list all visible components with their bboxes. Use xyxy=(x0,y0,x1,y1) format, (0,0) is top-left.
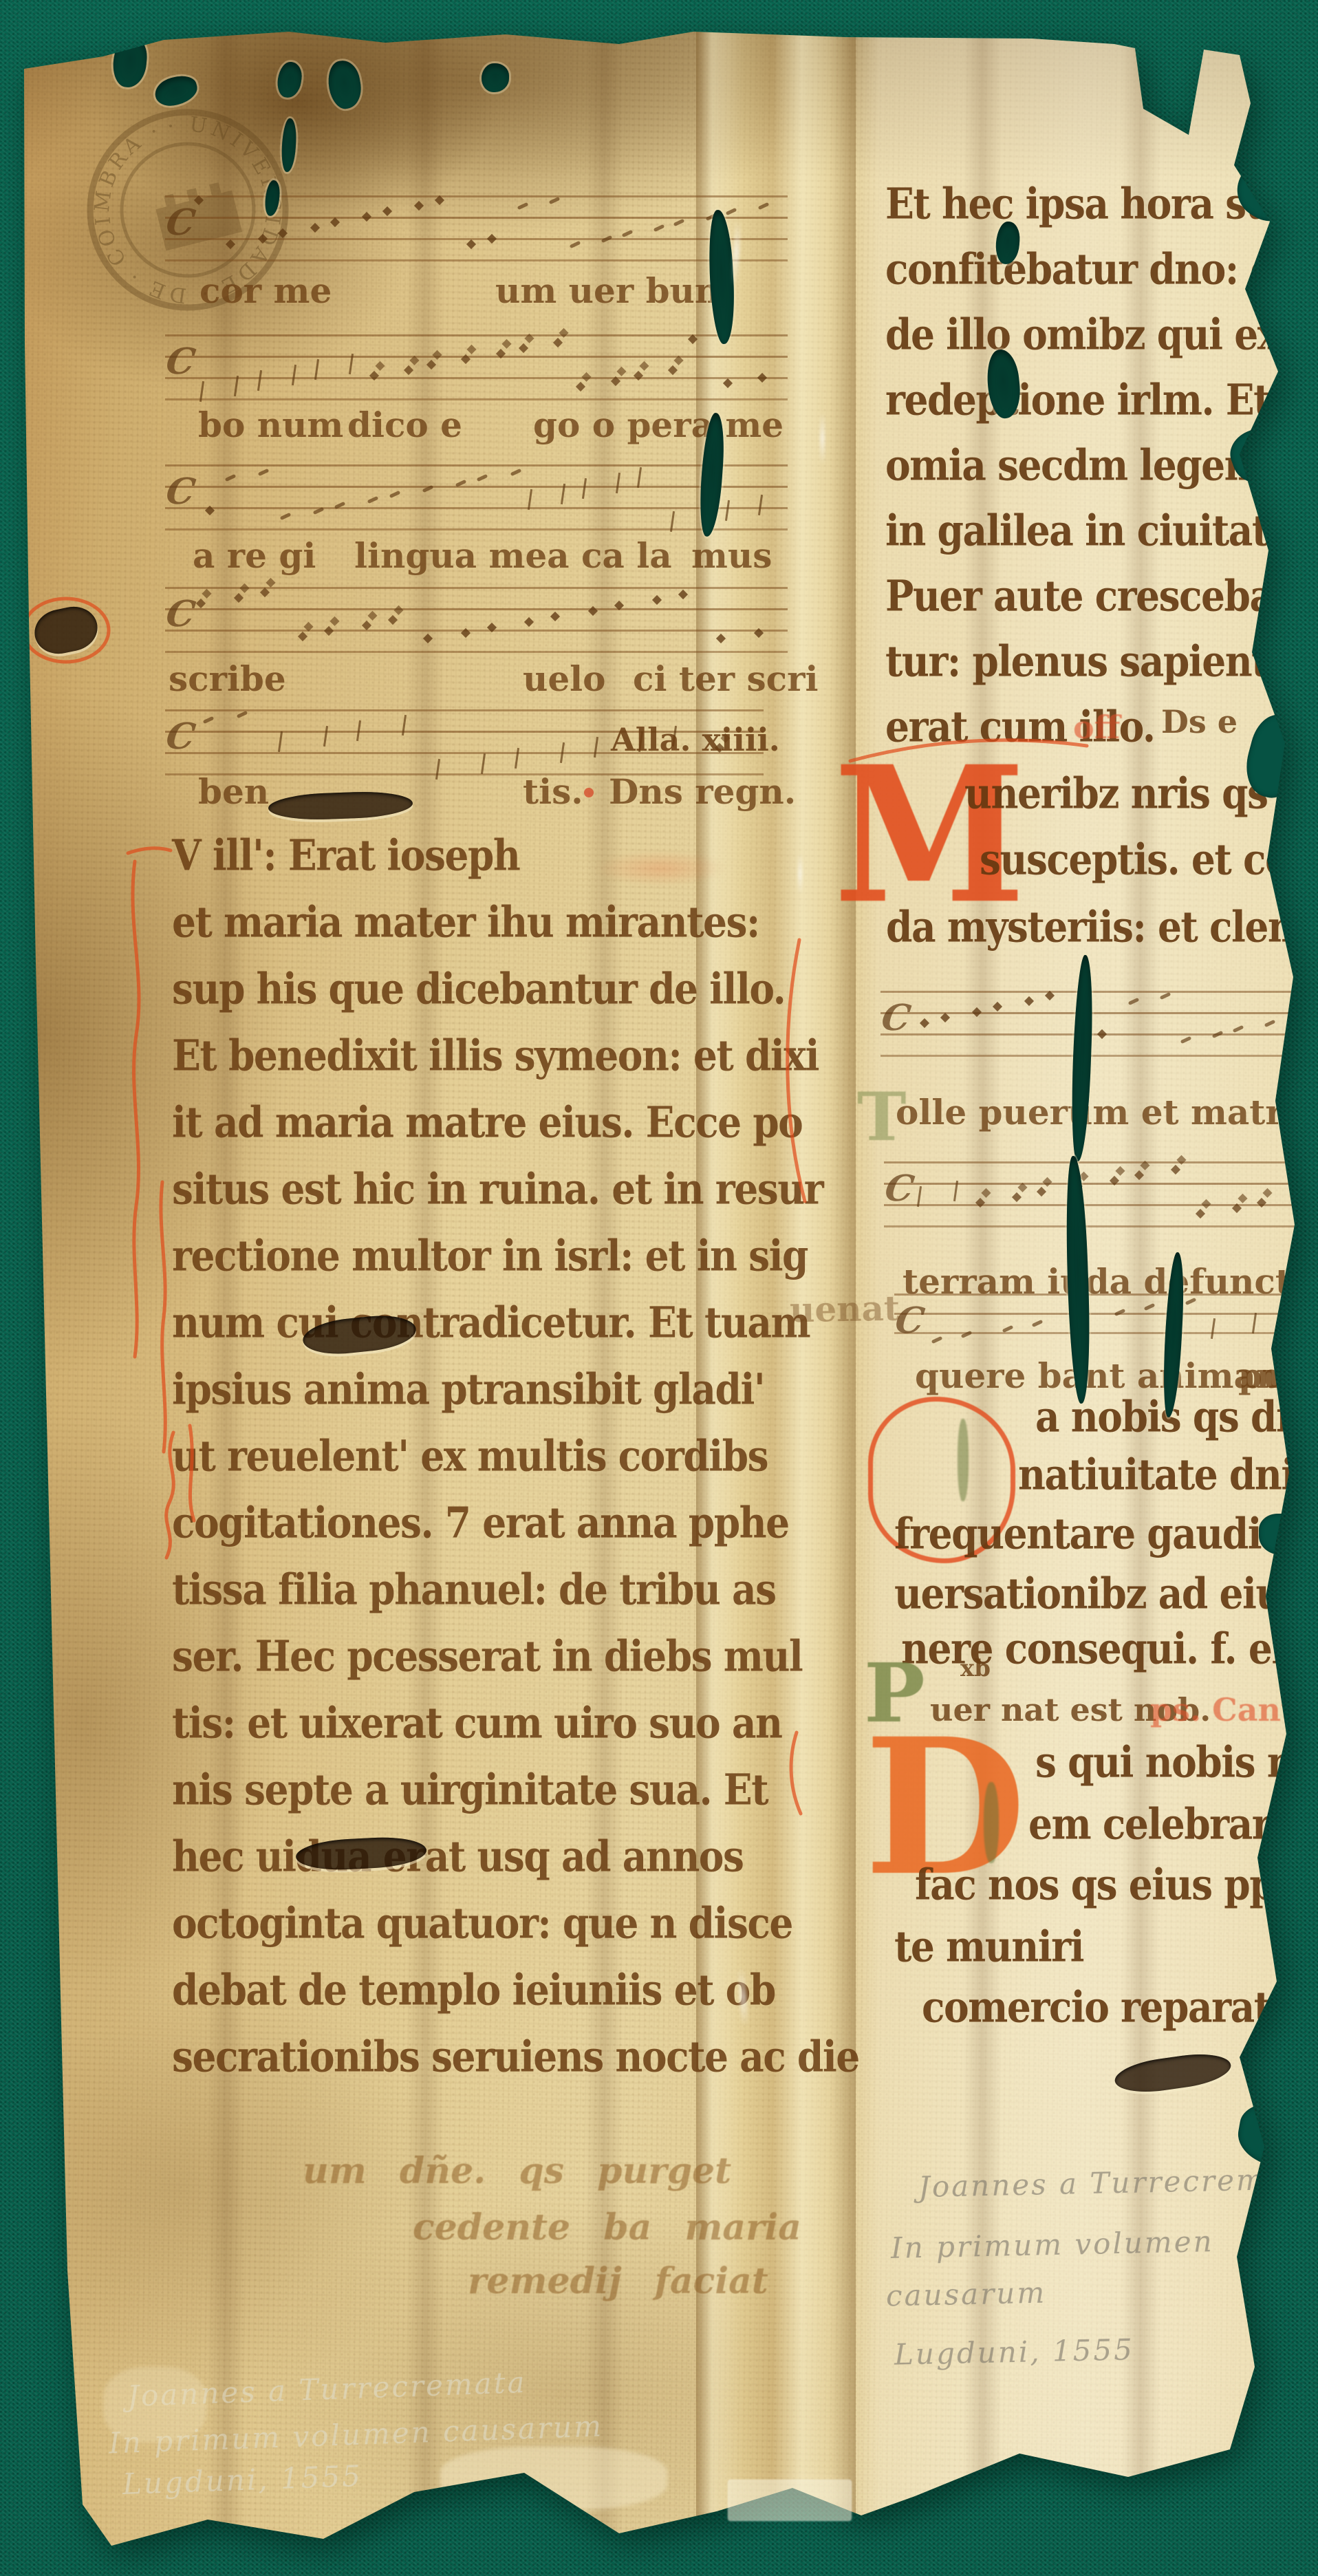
lyric-fragment: go o pera me xyxy=(533,408,784,442)
text-line: frequentare gaudia: c xyxy=(894,1512,1315,1555)
text-line: secrationibs seruiens nocte ac die xyxy=(172,2035,822,2078)
neume-mark xyxy=(1180,1036,1191,1044)
neume-mark xyxy=(382,206,392,216)
text-line: susceptis. et celestib xyxy=(980,838,1310,881)
neume-mark xyxy=(279,513,291,520)
neume-mark xyxy=(356,720,361,741)
neume-mark xyxy=(369,371,378,380)
clef-mark: C xyxy=(164,474,197,510)
neume-mark xyxy=(975,1198,985,1207)
neume-mark xyxy=(1037,1187,1046,1196)
neume-mark xyxy=(917,1186,922,1207)
neume-mark xyxy=(495,349,505,358)
neume-mark xyxy=(716,634,726,643)
neume-mark xyxy=(634,371,643,380)
incipit-fragment: Ds e xyxy=(1161,706,1238,738)
red-margin-zigzag xyxy=(161,1182,165,1452)
neume-mark xyxy=(1032,1320,1044,1327)
text-line: debat de templo ieiuniis et ob xyxy=(172,1968,822,2011)
text-line: cogitationes. 7 erat anna pphe xyxy=(172,1501,822,1544)
neume-mark xyxy=(389,491,400,498)
lyric-fragment: ci ter scri xyxy=(633,662,818,696)
music-stave: C xyxy=(884,1161,1297,1227)
parchment-hole xyxy=(482,63,509,92)
neume-mark xyxy=(668,365,678,375)
text-line: ipsius anima ptransibit gladi' xyxy=(172,1368,822,1410)
alleluia-label: Alla. xiiii. xyxy=(611,724,780,755)
neume-mark xyxy=(1127,998,1139,1005)
neume-mark xyxy=(722,378,732,388)
tape-shine xyxy=(820,413,825,464)
neume-mark xyxy=(486,234,496,244)
neume-mark xyxy=(422,485,434,493)
neume-mark xyxy=(515,748,519,769)
neume-mark xyxy=(258,469,270,476)
parchment-leaf: · UNIVERSIDADE · DE · COIMBRA · C cor me… xyxy=(0,0,1318,2576)
neume-mark xyxy=(993,1002,1002,1011)
neume-mark xyxy=(1264,1020,1276,1027)
text-line: situs est hic in ruina. et in resur xyxy=(172,1168,822,1210)
neume-mark xyxy=(601,235,613,243)
neume-mark xyxy=(549,197,561,204)
lyric-fragment: dico e xyxy=(347,408,462,442)
music-stave: C xyxy=(165,195,788,261)
text-line: rectione multor in isrl: et in sig xyxy=(172,1234,822,1277)
olive-paint-sliver xyxy=(984,1782,999,1863)
adhesive-tape-tab xyxy=(728,2480,852,2521)
neume-mark xyxy=(1097,1029,1107,1039)
cursive-line: um dñe. qs purget xyxy=(303,2154,731,2189)
text-line: da mysteriis: et clemente xyxy=(886,905,1307,948)
parchment-hole xyxy=(325,58,364,111)
clef-mark: C xyxy=(883,1171,916,1207)
neume-mark xyxy=(1196,1209,1205,1219)
lyric-fragment: cor me xyxy=(199,274,332,308)
neume-mark xyxy=(334,502,346,509)
neume-mark xyxy=(1114,1309,1126,1316)
neume-mark xyxy=(1160,992,1171,1000)
neume-mark xyxy=(621,230,633,237)
olive-paint-sliver xyxy=(958,1419,969,1501)
neume-mark xyxy=(653,224,665,232)
neume-mark xyxy=(724,500,729,521)
text-line: de illo omibz qui ex xyxy=(885,313,1306,356)
text-line: redeptione irlm. Et ut xyxy=(885,378,1306,421)
neume-mark xyxy=(298,632,307,641)
lyric-fragment: um uer bum xyxy=(495,274,731,308)
neume-mark xyxy=(314,359,319,380)
neume-mark xyxy=(1002,1325,1014,1333)
text-line: hec uidua erat usq ad annos xyxy=(172,1835,822,1878)
neume-mark xyxy=(234,376,239,396)
neume-mark xyxy=(1171,1165,1180,1174)
neume-mark xyxy=(324,626,334,636)
neume-mark xyxy=(460,628,470,638)
pencil-annotation-line: In primum volumen xyxy=(891,2226,1215,2264)
neume-mark xyxy=(560,742,565,763)
neume-mark xyxy=(225,474,237,482)
neume-mark xyxy=(940,1013,949,1022)
neume-mark xyxy=(757,202,769,210)
neume-mark xyxy=(461,354,471,364)
text-line: tur: plenus sapientia xyxy=(885,640,1306,683)
neume-mark xyxy=(972,1007,982,1017)
neume-mark xyxy=(258,234,268,244)
neume-mark xyxy=(588,606,598,616)
pencil-annotation-line: Joannes a Turrecremata xyxy=(918,2163,1318,2203)
lyric-fragment: mus xyxy=(691,539,772,573)
neume-mark xyxy=(435,195,444,205)
text-line: tis: et uixerat cum uiro suo an xyxy=(172,1702,822,1744)
neume-mark xyxy=(481,753,486,774)
text-line: omia secdm legem dni: xyxy=(885,444,1306,486)
neume-mark xyxy=(402,715,407,736)
neume-mark xyxy=(758,495,763,515)
cursive-line: cedente ba maria xyxy=(413,2210,801,2246)
text-line: em celebrare concede xyxy=(1028,1803,1310,1845)
edge-tear xyxy=(1259,1514,1307,1555)
neume-mark xyxy=(1024,996,1034,1006)
neume-mark xyxy=(615,473,620,493)
text-line: tissa filia phanuel: de tribu as xyxy=(172,1568,822,1611)
neume-mark xyxy=(553,338,563,347)
neume-mark xyxy=(528,489,532,510)
neume-mark xyxy=(199,381,204,402)
neume-mark xyxy=(519,343,528,353)
torn-flap-highlight xyxy=(440,2447,667,2510)
red-tick xyxy=(128,848,171,853)
neume-mark xyxy=(414,201,424,211)
neume-mark xyxy=(234,593,244,603)
text-line: et maria mater ihu mirantes: xyxy=(172,901,822,943)
pencil-annotation-line: causarum xyxy=(886,2277,1047,2312)
neume-mark xyxy=(423,634,433,643)
neume-mark xyxy=(1134,1170,1144,1180)
clef-mark: C xyxy=(164,719,197,755)
superscript-note: xb xyxy=(960,1657,991,1680)
neume-mark xyxy=(310,223,320,233)
neume-mark xyxy=(313,507,325,515)
neume-mark xyxy=(257,370,261,391)
clef-mark: C xyxy=(164,344,197,380)
neume-mark xyxy=(593,737,598,758)
chant-lyric-line: olle puerum et matrem eiu xyxy=(896,1095,1318,1130)
text-line: s qui nobis nati sa xyxy=(1035,1741,1310,1783)
neume-mark xyxy=(362,621,371,630)
neume-mark xyxy=(362,212,371,222)
text-line: natiuitate dni nri xyxy=(1018,1453,1314,1496)
text-line: confitebatur dno: et xyxy=(885,248,1306,290)
neume-mark xyxy=(1045,991,1055,1000)
neume-mark xyxy=(1144,1303,1156,1311)
text-line: comercio reparati. Q xyxy=(922,1986,1318,2028)
neume-mark xyxy=(524,617,534,627)
offertory-rubric: off xyxy=(1073,711,1120,743)
clef-mark: C xyxy=(879,1000,913,1036)
text-line: te muniri xyxy=(894,1925,1315,1968)
neume-mark xyxy=(466,239,476,249)
neume-mark xyxy=(196,599,206,608)
neume-mark xyxy=(637,467,642,488)
lyric-fragment: lingua mea ca la xyxy=(354,539,672,573)
neume-mark xyxy=(754,628,764,638)
text-line: it ad maria matre eius. Ecce po xyxy=(172,1101,822,1144)
text-line: Puer aute crescebat et xyxy=(885,575,1306,617)
neume-mark xyxy=(237,711,248,718)
lyric-fragment: bo num xyxy=(198,408,343,442)
neume-mark xyxy=(1185,1298,1197,1305)
neume-mark xyxy=(455,480,467,487)
text-line: fac nos qs eius ppetua xyxy=(915,1863,1318,1906)
neume-mark xyxy=(569,241,581,248)
neume-mark xyxy=(367,496,379,504)
chant-lyric-tail: pu xyxy=(1238,1359,1287,1393)
neume-mark xyxy=(582,478,587,499)
neume-mark xyxy=(1110,1176,1119,1185)
neume-mark xyxy=(610,376,620,386)
neume-mark xyxy=(953,1181,958,1201)
music-stave: C xyxy=(894,1294,1293,1336)
clef-mark: C xyxy=(164,597,197,632)
neume-mark xyxy=(920,1018,929,1028)
neume-mark xyxy=(1012,1192,1022,1202)
parchment-wrap: · UNIVERSIDADE · DE · COIMBRA · C cor me… xyxy=(0,0,1318,2576)
torn-flap-highlight xyxy=(103,2367,206,2443)
red-margin-zigzag xyxy=(133,861,139,1357)
lyric-fragment: a re gi xyxy=(193,539,316,573)
text-line: num cui contradicetur. Et tuam xyxy=(172,1301,822,1344)
lyric-fragment: Dns regn. xyxy=(609,775,796,809)
lyric-fragment: tis. xyxy=(523,775,583,809)
neume-mark xyxy=(330,217,340,227)
parchment-hole xyxy=(276,61,304,99)
neume-mark xyxy=(757,373,767,383)
chant-lyric-line: quere bant animam xyxy=(915,1359,1293,1393)
neume-mark xyxy=(404,365,413,375)
neume-mark xyxy=(576,382,585,391)
neume-mark xyxy=(688,334,698,344)
slit-hole xyxy=(268,790,413,821)
neume-mark xyxy=(1232,1203,1242,1213)
music-stave: C xyxy=(165,587,788,653)
neume-mark xyxy=(388,615,398,625)
music-stave: C xyxy=(165,464,788,530)
psalm-rubric: ps. Cant. xyxy=(1150,1694,1306,1726)
slit-hole xyxy=(30,602,101,658)
pencil-annotation-line: Lugduni, 1555 xyxy=(122,2460,363,2500)
neume-mark xyxy=(260,588,270,597)
neume-mark xyxy=(726,208,737,215)
text-line: in galilea in ciuitate su xyxy=(885,509,1306,552)
neume-mark xyxy=(426,360,436,369)
faded-rubric-smudge xyxy=(595,850,726,886)
neume-mark xyxy=(614,601,624,610)
neume-mark xyxy=(205,506,215,515)
text-line: ut reuelent' ex multis cordibs xyxy=(172,1435,822,1477)
neume-mark xyxy=(323,726,327,747)
lyric-fragment: uelo xyxy=(523,662,606,696)
neume-mark xyxy=(1212,1031,1224,1038)
neume-mark xyxy=(1257,1198,1266,1207)
text-line: nis septe a uirginitate sua. Et xyxy=(172,1768,822,1811)
text-line: uersationibz ad eius t xyxy=(894,1572,1315,1615)
neume-mark xyxy=(486,623,496,632)
neume-mark xyxy=(510,469,521,476)
lyric-fragment: scribe xyxy=(169,662,286,696)
tape-shine xyxy=(798,853,802,894)
neume-mark xyxy=(1233,1025,1244,1033)
neume-mark xyxy=(292,365,296,385)
neume-mark xyxy=(670,511,675,532)
clef-mark: C xyxy=(164,205,197,241)
cursive-line: remedij faciat xyxy=(468,2264,768,2299)
neume-mark xyxy=(652,595,662,605)
neume-mark xyxy=(550,612,560,621)
text-line: ser. Hec pcesserat in diebs mul xyxy=(172,1635,822,1677)
lyric-fragment: ben xyxy=(198,775,269,809)
neume-mark xyxy=(278,228,288,238)
neume-mark xyxy=(1252,1313,1257,1333)
music-stave: C xyxy=(165,334,788,400)
neume-mark xyxy=(477,474,488,482)
neume-mark xyxy=(349,354,354,374)
neume-mark xyxy=(1211,1318,1216,1339)
parchment-hole xyxy=(111,34,149,89)
neume-mark xyxy=(226,239,235,249)
text-line: Et benedixit illis symeon: et dixi xyxy=(172,1034,822,1077)
neume-mark xyxy=(561,484,565,504)
pencil-annotation-line: Lugduni, 1555 xyxy=(894,2334,1135,2370)
text-line: octoginta quatuor: que n disce xyxy=(172,1902,822,1944)
text-line: sup his que dicebantur de illo. xyxy=(172,967,822,1010)
neume-mark xyxy=(517,202,529,210)
neume-mark xyxy=(203,716,215,724)
neume-mark xyxy=(678,590,688,599)
fold-text-fragment: uenat xyxy=(790,1291,900,1328)
neume-mark xyxy=(278,731,283,752)
neume-mark xyxy=(673,219,685,226)
